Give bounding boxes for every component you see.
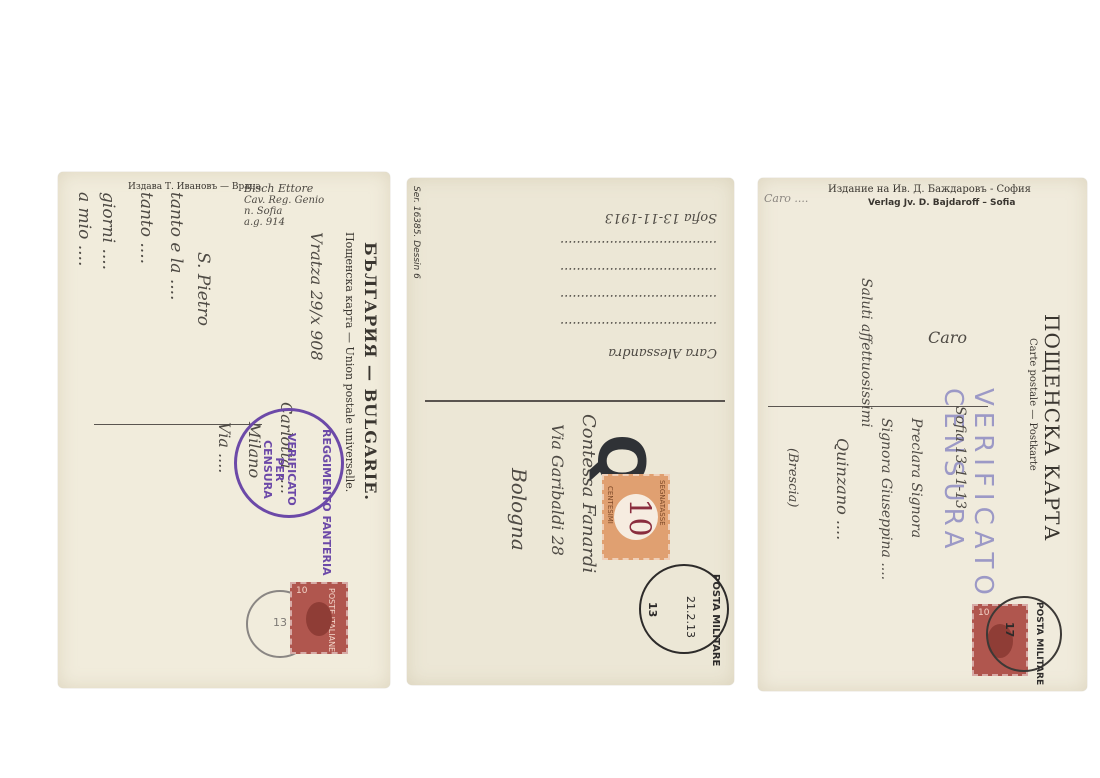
handwritten-line: Caro .... <box>764 192 808 205</box>
card-subtitle: Carte postale — Postkarte <box>1027 338 1038 471</box>
handwritten-line: Cara Alessandra <box>437 345 717 360</box>
postage-stamp: POSTE ITALIANE 10 <box>290 582 348 654</box>
handwritten-line: Cav. Reg. Genio <box>244 195 384 206</box>
handwritten-line: Via .... <box>215 422 234 473</box>
sender-block: Bisch Ettore Cav. Reg. Genio n. Sofia a.… <box>244 182 384 228</box>
publisher-line: Ser. 16385. Dessin 6 <box>411 186 421 279</box>
cachet-outer-text: REGGIMENTO FANTERIA <box>320 429 333 576</box>
handwritten-line: S. Pietro <box>193 252 213 326</box>
handwritten-line: giorni .... <box>98 192 118 270</box>
handwritten-line: Sofia 13-11-13 <box>952 406 968 509</box>
message-block: Cara Alessandra ........................… <box>437 198 717 372</box>
handwritten-line: Vratza 29/x 908 <box>307 232 326 361</box>
postcard-sofia-bajdaroff: Издание на Ив. Д. Баждаровъ - София Verl… <box>758 178 1087 691</box>
postmark: 21.2.13 POSTA MILITARE 13 <box>639 564 729 654</box>
card-title: БЪЛГАРИЯ — BULGARIE. <box>361 242 380 501</box>
publisher-line-2: Verlag Jv. D. Bajdaroff – Sofia <box>868 198 1015 208</box>
handwritten-line: (Brescia) <box>785 448 800 507</box>
postcard-vratsa: Издава Т. Ивановъ — Враца. Bisch Ettore … <box>58 172 390 688</box>
postcard-sofia-back: Ser. 16385. Dessin 6 Cara Alessandra ...… <box>407 178 734 685</box>
handwritten-line: Sofia 13-11-1913 <box>437 210 717 225</box>
censor-mark: VERIFICATO CENSURA <box>938 388 998 601</box>
handwritten-line: Preclara Signora <box>908 418 924 538</box>
handwritten-line: a mio .... <box>74 192 94 266</box>
handwritten-line: a.g. 914 <box>244 217 384 228</box>
handwritten-line: Bologna <box>507 468 531 551</box>
cachet-text: VERIFICATO PER CENSURA <box>261 433 297 506</box>
card-title: ПОЩЕНСКА КАРТА <box>1040 314 1064 542</box>
handwritten-line: Via Garibaldi 28 <box>548 424 567 556</box>
handwritten-line: tanto .... <box>136 192 156 264</box>
handwritten-line: Caro <box>928 328 967 347</box>
publisher-line: Издание на Ив. Д. Баждаровъ - София <box>828 184 1031 195</box>
handwritten-line: Bisch Ettore <box>244 182 384 195</box>
postage-due-stamp: 10 SEGNATASSE CENTESIMI <box>602 474 670 560</box>
divider-line <box>94 424 262 425</box>
postmark: POSTA MILITARE 17 <box>986 596 1062 672</box>
handwritten-line: tanto e la .... <box>166 192 186 300</box>
handwritten-line: Signora Giuseppina .... <box>878 418 894 580</box>
divider-line <box>425 400 725 402</box>
card-subtitle: Пощенска карта — Union postale universel… <box>343 232 356 492</box>
handwritten-line: n. Sofia <box>244 206 384 217</box>
censor-cachet: VERIFICATO PER CENSURA REGGIMENTO FANTER… <box>234 408 344 518</box>
handwritten-line: Quinzano .... <box>833 438 852 540</box>
